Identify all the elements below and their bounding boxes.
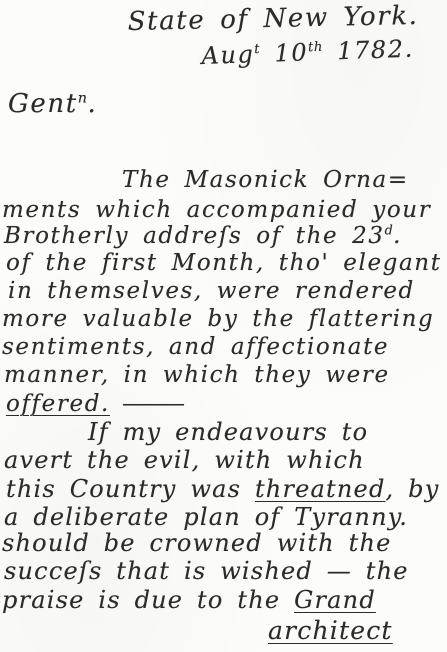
manuscript-line: praise is due to the Grand [2,586,376,614]
underlined-word: offered. [6,391,110,417]
letter-page: State of New York. Augt 10th 1782. Gentn… [0,0,447,652]
line-text: this Country was [6,475,255,503]
manuscript-line: sentiments, and affectionate [2,333,389,361]
flourish-dash: ——— [122,391,182,417]
underlined-word: Grand [294,586,376,614]
manuscript-line: Brotherly addreſs of the 23d. [4,222,402,250]
salutation-word: Gent [8,89,78,119]
manuscript-line: If my endeavours to [88,418,368,446]
line-text: praise is due to the [2,586,294,614]
manuscript-line: should be crowned with the [2,529,392,557]
manuscript-line: more valuable by the flattering [2,305,434,333]
salutation-punct: . [87,89,97,119]
line-text: . [393,223,402,249]
line-text: , by [386,475,440,503]
manuscript-line: The Masonick Orna= [122,166,409,194]
manuscript-line: a deliberate plan of Tyranny. [4,503,408,531]
manuscript-line: succeſs that is wished — the [4,557,409,585]
date-year: 1782. [322,35,414,66]
date-day-superscript: th [308,40,323,56]
manuscript-line: ments which accompanied your [2,196,431,224]
manuscript-line: manner, in which they were [4,361,390,389]
ordinal-superscript: d [385,222,394,237]
manuscript-line: this Country was threatned, by [6,475,440,503]
place-line: State of New York. [127,2,418,36]
catchword: architect [268,617,393,645]
manuscript-line: of the first Month, tho' elegant [6,249,442,277]
date-line: Augt 10th 1782. [201,35,414,70]
date-day: 10 [260,38,309,68]
manuscript-line: offered.——— [6,390,182,418]
manuscript-line: avert the evil, with which [4,446,365,474]
date-month: Aug [201,40,255,70]
underlined-word: threatned [255,475,386,503]
underlined-word: architect [268,616,393,645]
line-text: Brotherly addreſs of the 23 [4,223,385,249]
salutation-superscript: n [78,90,88,106]
salutation: Gentn. [8,90,97,118]
manuscript-line: in themselves, were rendered [8,277,415,305]
